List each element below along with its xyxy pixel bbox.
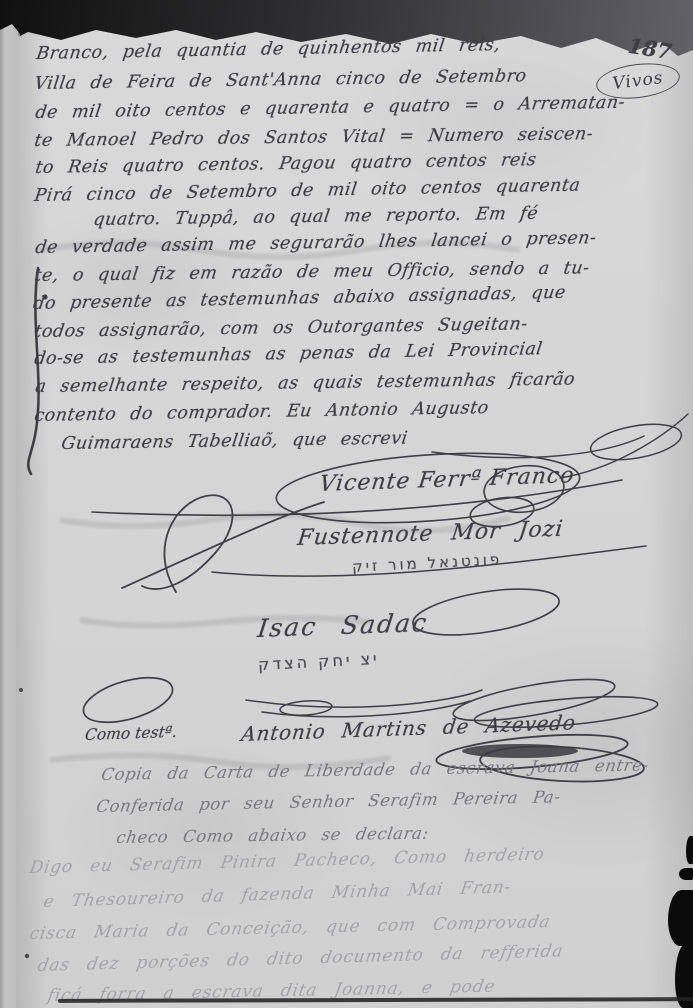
signature-isac-sadac: Isac Sadac [256, 608, 430, 643]
scanned-document-page: 187 Vivos Branco, pela quantia de quinhe… [0, 0, 693, 1008]
vivos-label: Vivos [611, 68, 664, 94]
torn-edge-damage [668, 890, 693, 946]
torn-edge-damage [686, 836, 693, 864]
torn-edge-damage [679, 868, 693, 880]
witness-abbreviation: Como testª. [84, 723, 178, 744]
